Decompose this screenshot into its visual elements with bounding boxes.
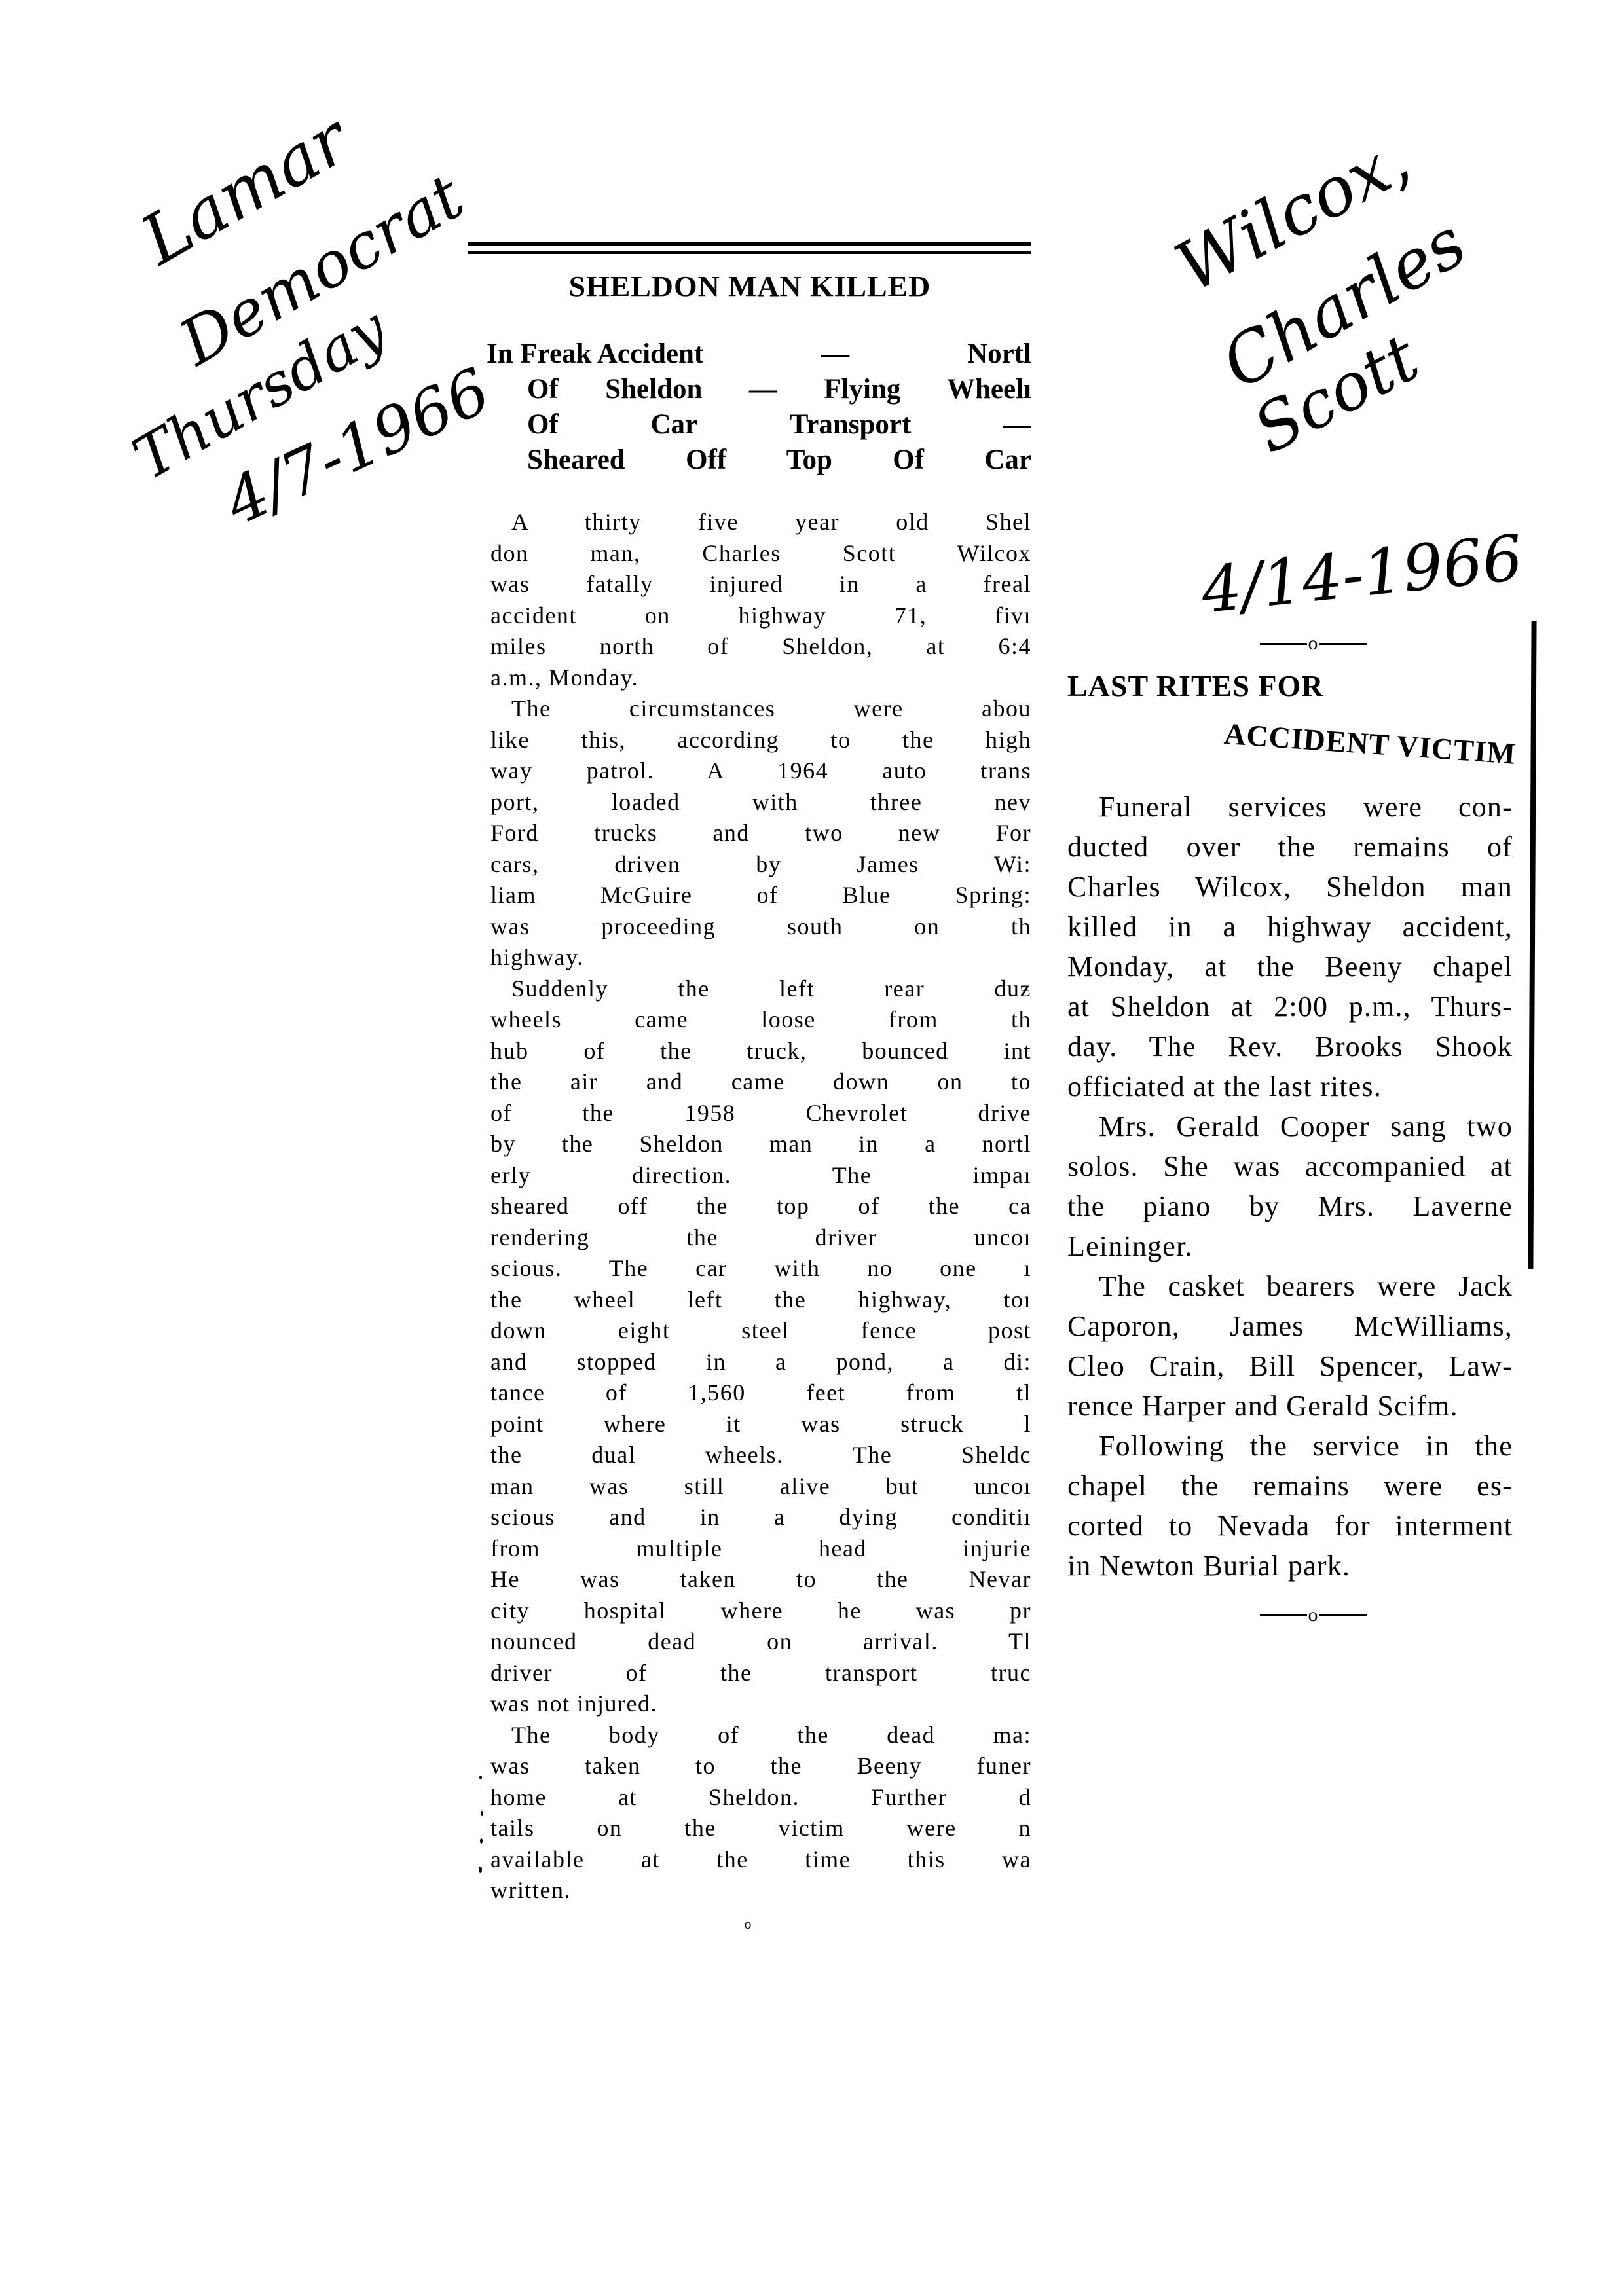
article-sheldon-man-killed: SHELDON MAN KILLED In Freak Accident — N… (468, 242, 1031, 1933)
article-line: tance of 1,560 feet from tl (490, 1377, 1031, 1409)
article-line: rendering the driver uncoı (490, 1222, 1031, 1254)
article-line: written. (490, 1875, 1031, 1906)
article-line: Leininger. (1067, 1226, 1513, 1266)
article-line: The circumstances were abou (490, 693, 1031, 725)
article-line: Ford trucks and two new For (490, 818, 1031, 849)
article-line: at Sheldon at 2:00 p.m., Thurs- (1067, 987, 1513, 1027)
article-line: way patrol. A 1964 auto trans (490, 756, 1031, 787)
article-line: driver of the transport truc (490, 1658, 1031, 1689)
article-subhead: In Freak Accident — Nortl Of Sheldon — F… (468, 337, 1031, 478)
article-line: officiated at the last rites. (1067, 1066, 1513, 1106)
article-headline: SHELDON MAN KILLED (457, 271, 1043, 302)
subhead-text: Nortl (967, 337, 1031, 372)
article-headline: LAST RITES FOR (1067, 668, 1532, 704)
article-line: Following the service in the (1067, 1426, 1513, 1466)
article-line: was proceeding south on th (490, 911, 1031, 943)
article-line: in Newton Burial park. (1067, 1546, 1513, 1586)
article-line: miles north of Sheldon, at 6:4 (490, 631, 1031, 663)
article-line: scious. The car with no one ı (490, 1253, 1031, 1285)
article-line: day. The Rev. Brooks Shook (1067, 1027, 1513, 1066)
article-line: Monday, at the Beeny chapel (1067, 947, 1513, 987)
article-line: Charles Wilcox, Sheldon man (1067, 867, 1513, 907)
article-line: the dual wheels. The Sheldc (490, 1440, 1031, 1471)
article-line: wheels came loose from th (490, 1004, 1031, 1036)
subhead-line: Sheared Off Top Of Car (487, 443, 1031, 478)
article-body: A thirty five year old Sheldon man, Char… (468, 507, 1031, 1906)
article-line: down eight steel fence post (490, 1315, 1031, 1347)
article-line: Funeral services were con- (1067, 787, 1513, 827)
article-line: erly direction. The impaı (490, 1160, 1031, 1192)
subhead-dash: — (821, 337, 849, 372)
article-line: was not injured. (490, 1688, 1031, 1720)
article-line: liam McGuire of Blue Spring: (490, 880, 1031, 911)
article-line: sheared off the top of the ca (490, 1191, 1031, 1222)
article-line: nounced dead on arrival. Tl (490, 1626, 1031, 1658)
article-line: cars, driven by James Wi: (490, 849, 1031, 881)
article-line: the air and came down on to (490, 1066, 1031, 1098)
article-line: point where it was struck l (490, 1409, 1031, 1440)
article-line: home at Sheldon. Further d (490, 1782, 1031, 1813)
article-line: the wheel left the highway, toı (490, 1285, 1031, 1316)
article-line: city hospital where he was pr (490, 1595, 1031, 1627)
double-rule-divider (468, 242, 1031, 257)
article-line: highway. (490, 942, 1031, 974)
handwritten-name-note: Wilcox, Charles Scott (1139, 144, 1506, 432)
article-line: The body of the dead ma: (490, 1720, 1031, 1751)
article-line: chapel the remains were es- (1067, 1466, 1513, 1506)
handwritten-source-note: Lamar Democrat Thursday 4/7-1966 (111, 190, 452, 530)
article-line: don man, Charles Scott Wilcox (490, 538, 1031, 570)
article-line: solos. She was accompanied at (1067, 1146, 1513, 1186)
subhead-text: Transport (790, 407, 912, 443)
end-mark: o (468, 1916, 1031, 1933)
article-headline-line2: ACCIDENT VICTIM (1066, 704, 1532, 773)
article-line: the piano by Mrs. Laverne (1067, 1186, 1513, 1226)
article-line: port, loaded with three nev (490, 787, 1031, 818)
article-line: scious and in a dying conditiı (490, 1502, 1031, 1533)
article-line: Cleo Crain, Bill Spencer, Law- (1067, 1346, 1513, 1386)
article-line: accident on highway 71, fivı (490, 600, 1031, 632)
article-last-rites: LAST RITES FOR ACCIDENT VICTIM Funeral s… (1067, 668, 1532, 1586)
handwritten-second-date: 4/14-1966 (1198, 526, 1526, 623)
article-line: and stopped in a pond, a di: (490, 1347, 1031, 1378)
article-line: man was still alive but uncoı (490, 1471, 1031, 1503)
subhead-text: In Freak Accident (487, 337, 703, 372)
article-line: was taken to the Beeny funer (490, 1751, 1031, 1782)
article-line: Suddenly the left rear duƶ (490, 974, 1031, 1005)
article-line: A thirty five year old Shel (490, 507, 1031, 538)
article-line: rence Harper and Gerald Scifm. (1067, 1386, 1513, 1426)
article-line: available at the time this wa (490, 1844, 1031, 1876)
scan-speck (479, 1867, 482, 1873)
article-line: hub of the truck, bounced int (490, 1036, 1031, 1067)
scan-speck (479, 1776, 482, 1779)
article-body: Funeral services were con-ducted over th… (1067, 787, 1513, 1586)
article-line: of the 1958 Chevrolet drive (490, 1098, 1031, 1129)
article-line: a.m., Monday. (490, 663, 1031, 694)
article-line: by the Sheldon man in a nortl (490, 1129, 1031, 1160)
subhead-text: Car (650, 407, 697, 443)
scan-speck (480, 1838, 483, 1844)
article-line: tails on the victim were n (490, 1813, 1031, 1844)
subhead-dash: — (1003, 407, 1031, 443)
article-line: was fatally injured in a freal (490, 569, 1031, 600)
separator-end: o (1238, 1605, 1388, 1625)
article-line: Mrs. Gerald Cooper sang two (1067, 1106, 1513, 1146)
subhead-text: Of (527, 407, 559, 443)
article-line: ducted over the remains of (1067, 827, 1513, 867)
article-line: from multiple head injurie (490, 1533, 1031, 1565)
article-line: like this, according to the high (490, 725, 1031, 756)
article-line: The casket bearers were Jack (1067, 1266, 1513, 1306)
subhead-line: Of Sheldon — Flying Wheelı (487, 372, 1031, 407)
article-line: killed in a highway accident, (1067, 907, 1513, 947)
article-line: corted to Nevada for interment (1067, 1506, 1513, 1546)
scan-speck (481, 1811, 483, 1816)
separator-top: o (1238, 634, 1388, 653)
article-line: He was taken to the Nevar (490, 1564, 1031, 1595)
article-line: Caporon, James McWilliams, (1067, 1306, 1513, 1346)
